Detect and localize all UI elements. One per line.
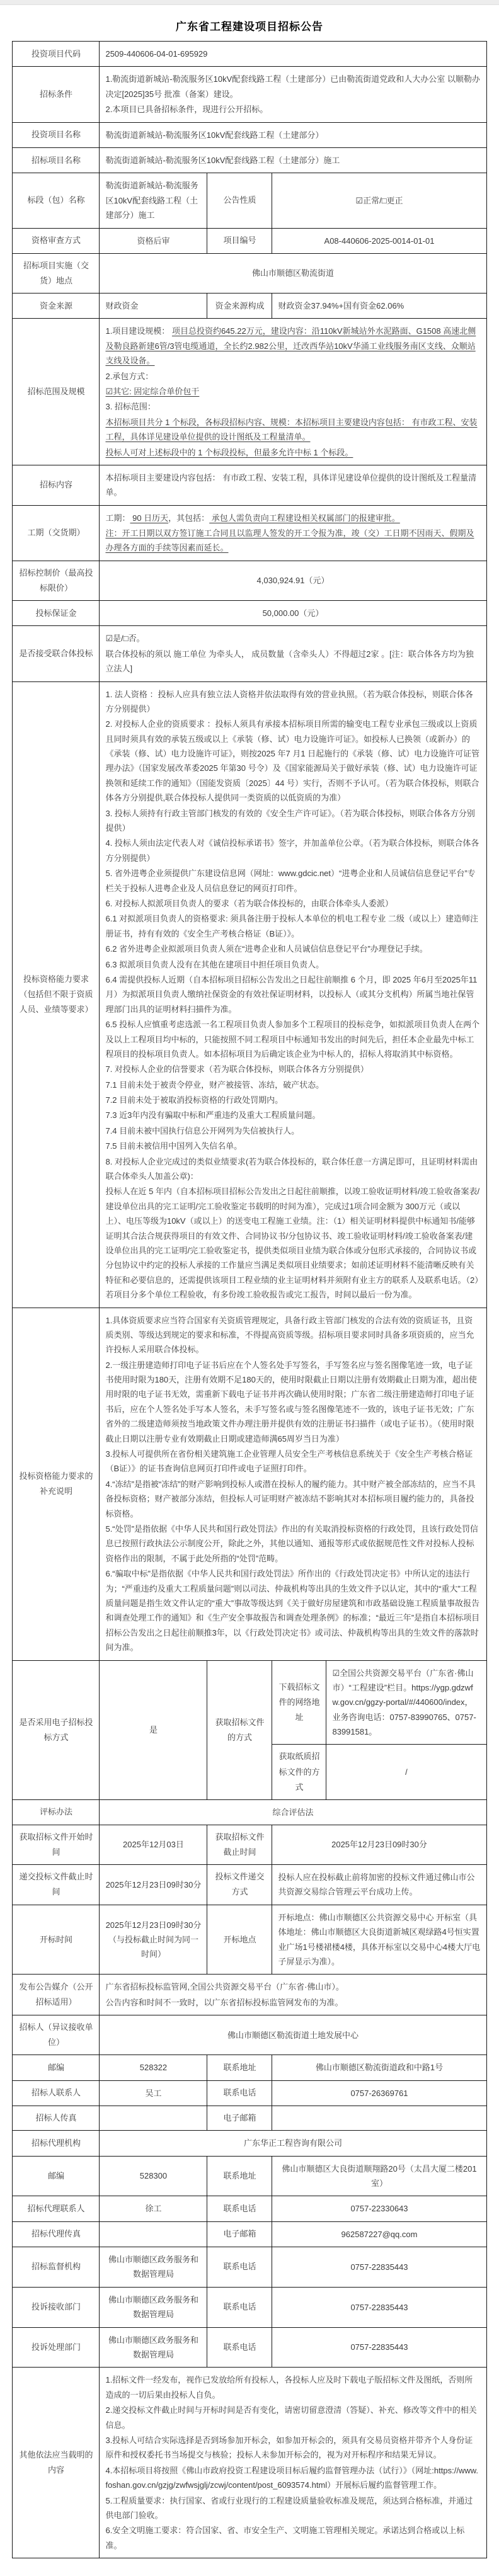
paragraph: 7.5 目前未被信用中国列入失信名单。 <box>105 1139 480 1153</box>
paragraph: 7.3 近3年内没有骗取中标和严重违约及重大工程质量问题。 <box>105 1108 480 1122</box>
row-value: 是 <box>100 1660 207 1799</box>
paragraph: 2025年12月23日09时30分 <box>278 1837 480 1852</box>
paragraph: 2025年12月23日09时30分（与投标截止时间为同一时间） <box>105 1918 201 1962</box>
row-value: 4,030,924.91（元） <box>100 561 486 600</box>
row-value: 1.具体资质要求应当符合国家有关资质管理规定，具备行政主管部门核发的合法有效的资… <box>100 1308 486 1660</box>
row-label: 其他依法应当载明的内容 <box>13 2368 100 2558</box>
row-value: ☑是/□否。联合体投标的须以 施工单位 为牵头人， 成员数量（含牵头人）不得超过… <box>100 626 486 681</box>
paragraph: 2509-440606-04-01-695929 <box>105 47 480 61</box>
paragraph: 佛山市顺德区政务服务和数据管理局 <box>105 2333 201 2362</box>
row-value-2 <box>272 2106 486 2131</box>
paragraph: 投标人可对上述标段中的 1 个标段投标，但最多允许中标 1 个标段。 <box>105 445 480 460</box>
row-label: 邮编 <box>13 2055 100 2080</box>
row-label: 投标资格能力要求（包括但不限于资质人员、业绩等要求） <box>13 681 100 1308</box>
paragraph: 3. 投标人须持有行政主管部门核发的有效的《安全生产许可证》。（若为联合体投标，… <box>105 806 480 836</box>
row-label: 招标代理联系人 <box>13 2196 100 2221</box>
row-value: 佛山市顺德区政务服务和数据管理局 <box>100 2287 207 2327</box>
paragraph: 3. 招标范围： <box>105 399 480 414</box>
paragraph: 1.勒流街道新城站-勒流服务区10kV配套线路工程（土建部分）已由勒流街道党政和… <box>105 72 480 101</box>
table-row: 投资项目代码2509-440606-04-01-695929 <box>13 42 486 67</box>
paragraph: 广东省招标投标监管网,全国公共资源交易平台（广东省·佛山市）。 <box>105 1980 480 1994</box>
paragraph: ☑是/□否。 <box>105 631 480 646</box>
paragraph: 1.招标文件一经发布，视作已发放给所有投标人，各投标人应及时下载电子版招标文件及… <box>105 2373 480 2402</box>
paragraph: 7. 对投标人企业的信誉要求（若为联合体投标，则联合体各方分别提供） <box>105 1062 480 1076</box>
row-label: 招标内容 <box>13 465 100 505</box>
row-label-2: 联系地址 <box>207 2156 272 2196</box>
row-label-2: 获取招标文件的方式 <box>207 1660 272 1799</box>
table-row: 标段（包）名称勒流街道新城站-勒流服务区10kV配套线路工程（土建部分）施工公告… <box>13 173 486 228</box>
paragraph: 6.安全文明施工要求：符合国家、省、市安全生产、文明施工管理相关规定。承诺达到合… <box>105 2523 480 2553</box>
paragraph: 注：开工日期以双方签订施工合同且以监理人签发的开工令报为准，竣（交）工日期不因雨… <box>105 526 480 556</box>
row-label-2: 联系电话 <box>207 2080 272 2106</box>
row-value: 佛山市顺德区政务服务和数据管理局 <box>100 2327 207 2368</box>
paragraph: 3.投标人可结合实际选择是否到场参加开标会，如参加开标会的，须具有交易员资格并带… <box>105 2433 480 2463</box>
paragraph: 962587227@qq.com <box>278 2227 480 2242</box>
paragraph: 佛山市顺德区政务服务和数据管理局 <box>105 2293 201 2322</box>
paragraph: 本招标项目共分 1 个标段，各标段招标内容、规模：本招标项目主要建设内容包括： … <box>105 415 480 445</box>
row-value <box>100 2106 207 2131</box>
table-row: 投资项目名称勒流街道新城站-勒流服务区10kV配套线路工程（土建部分） <box>13 122 486 147</box>
row-label-2: 联系电话 <box>207 2196 272 2221</box>
paragraph: 528300 <box>105 2169 201 2183</box>
paragraph: ☑正常/□更正 <box>278 193 480 208</box>
row-value: 50,000.00（元） <box>100 600 486 625</box>
table-row: 评标办法综合评估法 <box>13 1799 486 1825</box>
paragraph: 2025年12月23日09时30分 <box>105 1878 201 1892</box>
paragraph: 财政资金37.94%+国有资金62.06% <box>278 299 480 313</box>
row-label-2: 资金来源构成 <box>207 294 272 319</box>
paragraph: 综合评估法 <box>105 1805 480 1820</box>
sub-label: 获取纸质招标文件的方式 <box>272 1745 326 1799</box>
row-label: 投资项目名称 <box>13 122 100 147</box>
row-value-2: 962587227@qq.com <box>272 2221 486 2247</box>
paragraph: A08-440606-2025-0014-01-01 <box>278 234 480 248</box>
row-value: 2025年12月23日09时30分（与投标截止时间为同一时间） <box>100 1905 207 1975</box>
paragraph: 0757-22835443 <box>278 2300 480 2315</box>
row-value-2: 佛山市顺德区大良街道顺翔路20号（太昌大厦二楼201室） <box>272 2156 486 2196</box>
paragraph: 2.一级注册建造师打印电子证书后应在个人签名处手写签名，手写签名应与签名图像笔迹… <box>105 1358 480 1446</box>
table-row: 邮编528300联系地址佛山市顺德区大良街道顺翔路20号（太昌大厦二楼201室） <box>13 2156 486 2196</box>
paragraph: 528322 <box>105 2060 201 2075</box>
paragraph: 佛山市顺德区勒流街道土地发展中心 <box>105 2028 480 2043</box>
paragraph: 5. 省外进粤企业须提供广东建设信息网（网址：www.gdcic.net）“进粤… <box>105 866 480 896</box>
paragraph: 开标地点：佛山市顺德区公共资源交易中心 开标室（具体地址：佛山市顺德区大良街道新… <box>278 1910 480 1969</box>
paragraph: 1.具体资质要求应当符合国家有关资质管理规定，具备行政主管部门核发的合法有效的资… <box>105 1313 480 1357</box>
paragraph: 佛山市顺德区勒流街道 <box>105 266 480 280</box>
paragraph: 2025年12月03日 <box>105 1837 201 1852</box>
table-row: 招标控制价（最高投标限价）4,030,924.91（元） <box>13 561 486 600</box>
table-row: 招标范围及规模1.项目建设规模： 项目总投资约645.22万元，建设内容：沿11… <box>13 319 486 465</box>
table-row: 工期（交货期）工期： 90 日历天，其包括： 承包人需负责向工程建设相关权属部门… <box>13 505 486 561</box>
row-label-2: 获取招标文件截止时间 <box>207 1825 272 1865</box>
announcement-page: 广东省工程建设项目招标公告 投资项目代码2509-440606-04-01-69… <box>0 5 499 2576</box>
paragraph: 勒流街道新城站-勒流服务区10kV配套线路工程（土建部分）施工 <box>105 178 201 222</box>
table-row: 投标资格能力要求（包括但不限于资质人员、业绩等要求）1. 法人资格 ：投标人应具… <box>13 681 486 1308</box>
row-value <box>100 2221 207 2247</box>
paragraph: ☑全国公共资源交易平台（广东省·佛山市）“工程建设”栏目。https://ygp… <box>332 1666 480 1740</box>
table-row: 投诉处理部门佛山市顺德区政务服务和数据管理局联系电话0757-22835443 <box>13 2327 486 2368</box>
row-label: 是否采用电子招标投标方式 <box>13 1660 100 1799</box>
paragraph: 4,030,924.91（元） <box>105 573 480 588</box>
row-value: 广东华正工程咨询有限公司 <box>100 2131 486 2156</box>
table-row: 招标人传真电子邮箱 <box>13 2106 486 2131</box>
table-row: 招标项目实施（交货）地点佛山市顺德区勒流街道 <box>13 253 486 293</box>
row-value: 勒流街道新城站-勒流服务区10kV配套线路工程（土建部分）施工 <box>100 173 207 228</box>
row-label: 是否接受联合体投标 <box>13 626 100 681</box>
table-row: 投诉接收部门佛山市顺德区政务服务和数据管理局联系电话0757-22835443 <box>13 2287 486 2327</box>
row-label: 招标项目名称 <box>13 147 100 173</box>
row-label: 招标人（异议接收单位） <box>13 2015 100 2055</box>
paragraph: 6.3 拟派项目负责人没有在其他在建项目中担任项目负责人。 <box>105 957 480 972</box>
paragraph: 6.1 对拟派项目负责人的资格要求: 须具备注册于投标人本单位的机电工程专业 二… <box>105 911 480 941</box>
row-label: 招标监督机构 <box>13 2247 100 2288</box>
paragraph: 勒流街道新城站-勒流服务区10kV配套线路工程（土建部分） <box>105 128 480 142</box>
row-label-2: 投标文件递交方式 <box>207 1865 272 1905</box>
row-value: 财政资金 <box>100 294 207 319</box>
table-row: 资格审查方式资格后审项目编号A08-440606-2025-0014-01-01 <box>13 228 486 253</box>
row-value: 工期： 90 日历天，其包括： 承包人需负责向工程建设相关权属部门的报建审批。注… <box>100 505 486 561</box>
paragraph: 吴工 <box>105 2086 201 2100</box>
row-label: 邮编 <box>13 2156 100 2196</box>
row-label-2: 开标地点 <box>207 1905 272 1975</box>
announcement-table: 投资项目代码2509-440606-04-01-695929招标条件1.勒流街道… <box>12 41 486 2558</box>
row-value-2: 0757-26369761 <box>272 2080 486 2106</box>
row-label-2: 联系地址 <box>207 2055 272 2080</box>
paragraph: 财政资金 <box>105 299 201 313</box>
paragraph: 佛山市顺德区大良街道顺翔路20号（太昌大厦二楼201室） <box>278 2162 480 2191</box>
paragraph: 6. 对投标人拟派项目负责人的要求（若为联合体投标的，由联合体牵头人委派） <box>105 896 480 911</box>
row-label: 投资项目代码 <box>13 42 100 67</box>
paragraph: 3.投标人可提供所在省份相关建筑施工企业管理人员安全生产考核信息系统关于《安全生… <box>105 1447 480 1476</box>
table-row: 招标代理机构广东华正工程咨询有限公司 <box>13 2131 486 2156</box>
paragraph: 7.4 目前未被中国执行信息公开网列为失信被执行人。 <box>105 1124 480 1138</box>
paragraph: 2.本项目已具备招标条件，现进行公开招标。 <box>105 102 480 117</box>
paragraph: 佛山市顺德区政务服务和数据管理局 <box>105 2252 201 2282</box>
paragraph: 0757-22835443 <box>278 2340 480 2354</box>
paragraph: 勒流街道新城站-勒流服务区10kV配套线路工程（土建部分）施工 <box>105 153 480 168</box>
row-value-2: 0757-22835443 <box>272 2247 486 2288</box>
table-row: 招标人（异议接收单位）佛山市顺德区勒流街道土地发展中心 <box>13 2015 486 2055</box>
row-value: 佛山市顺德区勒流街道 <box>100 253 486 293</box>
row-label: 招标条件 <box>13 67 100 122</box>
paragraph: 5.工程质量要求：执行国家、省或行业现行的工程建设质量验收标准及规范，须达到合格… <box>105 2493 480 2523</box>
row-label-2: 联系电话 <box>207 2287 272 2327</box>
row-value: 1.勒流街道新城站-勒流服务区10kV配套线路工程（土建部分）已由勒流街道党政和… <box>100 67 486 122</box>
row-label: 招标代理机构 <box>13 2131 100 2156</box>
row-label: 资金来源 <box>13 294 100 319</box>
sub-label: 下载招标文件的网络地址 <box>272 1660 326 1745</box>
table-row: 开标时间2025年12月23日09时30分（与投标截止时间为同一时间）开标地点开… <box>13 1905 486 1975</box>
table-row: 递交投标文件截止时间2025年12月23日09时30分投标文件递交方式投标人应在… <box>13 1865 486 1905</box>
paragraph: 2. 对投标人企业的资质要求 ：投标人须具有承接本招标项目所需的输变电工程专业承… <box>105 717 480 805</box>
row-value: 吴工 <box>100 2080 207 2106</box>
row-value: 佛山市顺德区勒流街道土地发展中心 <box>100 2015 486 2055</box>
row-label-2: 电子邮箱 <box>207 2106 272 2131</box>
paragraph: / <box>332 1765 480 1779</box>
row-label: 招标范围及规模 <box>13 319 100 465</box>
row-value-2: A08-440606-2025-0014-01-01 <box>272 228 486 253</box>
row-value: 徐工 <box>100 2196 207 2221</box>
paragraph: 4. 投标人须由法定代表人对《诚信投标承诺书》签字，并加盖单位公章。（若为联合体… <box>105 836 480 865</box>
row-value-2: ☑正常/□更正 <box>272 173 486 228</box>
row-label-2: 联系电话 <box>207 2247 272 2288</box>
paragraph: 1. 法人资格 ：投标人应具有独立法人资格并依法取得有效的营业执照。（若为联合体… <box>105 687 480 717</box>
row-label-2: 联系电话 <box>207 2327 272 2368</box>
row-value: 528300 <box>100 2156 207 2196</box>
row-label: 递交投标文件截止时间 <box>13 1865 100 1905</box>
table-row: 招标项目名称勒流街道新城站-勒流服务区10kV配套线路工程（土建部分）施工 <box>13 147 486 173</box>
paragraph: ☑其它: 固定综合单价包干 <box>105 384 480 399</box>
paragraph: 0757-22835443 <box>278 2260 480 2274</box>
row-label: 投标资格能力要求的补充说明 <box>13 1308 100 1660</box>
row-value: 资格后审 <box>100 228 207 253</box>
row-value: 勒流街道新城站-勒流服务区10kV配套线路工程（土建部分）施工 <box>100 147 486 173</box>
paragraph: 投标人应在投标截止前将加密的投标文件通过佛山市公共资源交易综合管理云平台成功上传… <box>278 1870 480 1900</box>
paragraph: 5.“处罚”是指依据《中华人民共和国行政处罚法》作出的有关取消投标资格的行政处罚… <box>105 1522 480 1566</box>
paragraph: 7.2 目前未处于被取消投标资格的行政处罚期内。 <box>105 1093 480 1107</box>
row-value-2: 投标人应在投标截止前将加密的投标文件通过佛山市公共资源交易综合管理云平台成功上传… <box>272 1865 486 1905</box>
row-value: 广东省招标投标监管网,全国公共资源交易平台（广东省·佛山市）。公告内容和时间不一… <box>100 1975 486 2015</box>
row-value-2: 财政资金37.94%+国有资金62.06% <box>272 294 486 319</box>
row-value: 勒流街道新城站-勒流服务区10kV配套线路工程（土建部分） <box>100 122 486 147</box>
paragraph: 2.承包方式： <box>105 369 480 384</box>
sub-value: ☑全国公共资源交易平台（广东省·佛山市）“工程建设”栏目。https://ygp… <box>326 1660 486 1745</box>
row-value-2: 0757-22835443 <box>272 2327 486 2368</box>
paragraph: 工期： 90 日历天，其包括： 承包人需负责向工程建设相关权属部门的报建审批。 <box>105 511 480 525</box>
paragraph: 投标人在近 5 年内（自本招标项目招标公告发出之日起往前顺推，以竣工验收证明材料… <box>105 1184 480 1302</box>
table-row: 招标代理传真电子邮箱962587227@qq.com <box>13 2221 486 2247</box>
table-row: 招标监督机构佛山市顺德区政务服务和数据管理局联系电话0757-22835443 <box>13 2247 486 2288</box>
row-value-2: 2025年12月23日09时30分 <box>272 1825 486 1865</box>
paragraph: 8. 对投标人企业完成过的类似业绩要求(若为联合体投标的，联合体任意一方满足即可… <box>105 1154 480 1184</box>
table-row: 发布公告媒介（公开招标适用）广东省招标投标监管网,全国公共资源交易平台（广东省·… <box>13 1975 486 2015</box>
table-row: 资金来源财政资金资金来源构成财政资金37.94%+国有资金62.06% <box>13 294 486 319</box>
row-label: 招标项目实施（交货）地点 <box>13 253 100 293</box>
paragraph: 佛山市顺德区勒流街道政和中路1号 <box>278 2060 480 2075</box>
row-label: 发布公告媒介（公开招标适用） <box>13 1975 100 2015</box>
table-row: 获取招标文件开始时间2025年12月03日获取招标文件截止时间2025年12月2… <box>13 1825 486 1865</box>
paragraph: 是 <box>105 1723 201 1737</box>
paragraph: 0757-26369761 <box>278 2086 480 2100</box>
row-value: 2025年12月03日 <box>100 1825 207 1865</box>
row-value: 2025年12月23日09时30分 <box>100 1865 207 1905</box>
table-row: 投标资格能力要求的补充说明1.具体资质要求应当符合国家有关资质管理规定，具备行政… <box>13 1308 486 1660</box>
row-value: 1.招标文件一经发布，视作已发放给所有投标人，各投标人应及时下载电子版招标文件及… <box>100 2368 486 2558</box>
row-label: 招标代理传真 <box>13 2221 100 2247</box>
row-value: 1.项目建设规模： 项目总投资约645.22万元，建设内容：沿110kV新城站外… <box>100 319 486 465</box>
table-row: 招标代理联系人徐工联系电话0757-22330643 <box>13 2196 486 2221</box>
paragraph: 4.本招标项目将按照《佛山市政府投资工程建设项目标后履约监督管理办法（试行）》（… <box>105 2463 480 2493</box>
paragraph: 6.“骗取中标”是指依据《中华人民共和国行政处罚法》所作出的《行政处罚决定书》中… <box>105 1566 480 1655</box>
row-label: 获取招标文件开始时间 <box>13 1825 100 1865</box>
top-divider <box>0 0 499 5</box>
table-row: 招标条件1.勒流街道新城站-勒流服务区10kV配套线路工程（土建部分）已由勒流街… <box>13 67 486 122</box>
row-value-2: 0757-22835443 <box>272 2287 486 2327</box>
row-label: 标段（包）名称 <box>13 173 100 228</box>
paragraph: 6.5 投标人应慎重考虑选派一名工程项目负责人参加多个工程项目的投标竞争，如拟派… <box>105 1017 480 1061</box>
sub-value: / <box>326 1745 486 1799</box>
paragraph: 徐工 <box>105 2201 201 2216</box>
row-label: 工期（交货期） <box>13 505 100 561</box>
table-row: 其他依法应当载明的内容1.招标文件一经发布，视作已发放给所有投标人，各投标人应及… <box>13 2368 486 2558</box>
row-label: 投诉接收部门 <box>13 2287 100 2327</box>
table-row: 是否接受联合体投标☑是/□否。联合体投标的须以 施工单位 为牵头人， 成员数量（… <box>13 626 486 681</box>
table-row: 招标内容本招标项目主要建设内容包括： 有市政工程、安装工程，具体详见建设单位提供… <box>13 465 486 505</box>
row-value: 2509-440606-04-01-695929 <box>100 42 486 67</box>
paragraph: 6.2 省外进粤企业拟派项目负责人须在“进粤企业和人员诚信信息登记平台”办理登记… <box>105 942 480 956</box>
table-row: 投标保证金50,000.00（元） <box>13 600 486 625</box>
paragraph: 公告内容和时间不一致时，以广东省招标投标监管网发布的为准。 <box>105 1995 480 2010</box>
row-label-2: 电子邮箱 <box>207 2221 272 2247</box>
row-label-2: 项目编号 <box>207 228 272 253</box>
row-label: 评标办法 <box>13 1799 100 1825</box>
row-label: 开标时间 <box>13 1905 100 1975</box>
page-title: 广东省工程建设项目招标公告 <box>0 5 499 41</box>
row-label: 招标控制价（最高投标限价） <box>13 561 100 600</box>
row-value: 1. 法人资格 ：投标人应具有独立法人资格并依法取得有效的营业执照。（若为联合体… <box>100 681 486 1308</box>
paragraph: 广东华正工程咨询有限公司 <box>105 2136 480 2150</box>
table-row: 是否采用电子招标投标方式是获取招标文件的方式下载招标文件的网络地址☑全国公共资源… <box>13 1660 486 1745</box>
row-value: 528322 <box>100 2055 207 2080</box>
row-label-2: 公告性质 <box>207 173 272 228</box>
row-label: 投标保证金 <box>13 600 100 625</box>
paragraph: 联合体投标的须以 施工单位 为牵头人， 成员数量（含牵头人）不得超过2家 。[注… <box>105 647 480 676</box>
row-value: 佛山市顺德区政务服务和数据管理局 <box>100 2247 207 2288</box>
row-label: 招标人传真 <box>13 2106 100 2131</box>
paragraph: 50,000.00（元） <box>105 606 480 620</box>
row-label: 投诉处理部门 <box>13 2327 100 2368</box>
row-label: 招标人联系人 <box>13 2080 100 2106</box>
paragraph: 0757-22330643 <box>278 2201 480 2216</box>
row-value: 综合评估法 <box>100 1799 486 1825</box>
paragraph: 6.4 需提供投标人近期（自本招标项目招标公告发出之日起往前顺推 6 个月，即 … <box>105 972 480 1017</box>
paragraph: 4.“冻结”是指被“冻结”的财产影响到投标人或潜在投标人的履约能力。其中财产被全… <box>105 1477 480 1521</box>
paragraph: 资格后审 <box>105 234 201 248</box>
paragraph: 2.递交投标文件截止时间与开标时间是否有变化，请密切留意澄清（答疑）、补充、修改… <box>105 2403 480 2432</box>
table-row: 招标人联系人吴工联系电话0757-26369761 <box>13 2080 486 2106</box>
row-value-2: 佛山市顺德区勒流街道政和中路1号 <box>272 2055 486 2080</box>
row-label: 资格审查方式 <box>13 228 100 253</box>
paragraph: 7.1 目前未处于被责令停业，财产被接管、冻结，破产状态。 <box>105 1078 480 1092</box>
row-value-2: 开标地点：佛山市顺德区公共资源交易中心 开标室（具体地址：佛山市顺德区大良街道新… <box>272 1905 486 1975</box>
paragraph: 本招标项目主要建设内容包括： 有市政工程、安装工程，具体详见建设单位提供的设计图… <box>105 470 480 500</box>
paragraph: 1.项目建设规模： 项目总投资约645.22万元，建设内容：沿110kV新城站外… <box>105 324 480 368</box>
row-value: 本招标项目主要建设内容包括： 有市政工程、安装工程，具体详见建设单位提供的设计图… <box>100 465 486 505</box>
row-value-2: 0757-22330643 <box>272 2196 486 2221</box>
table-row: 邮编528322联系地址佛山市顺德区勒流街道政和中路1号 <box>13 2055 486 2080</box>
